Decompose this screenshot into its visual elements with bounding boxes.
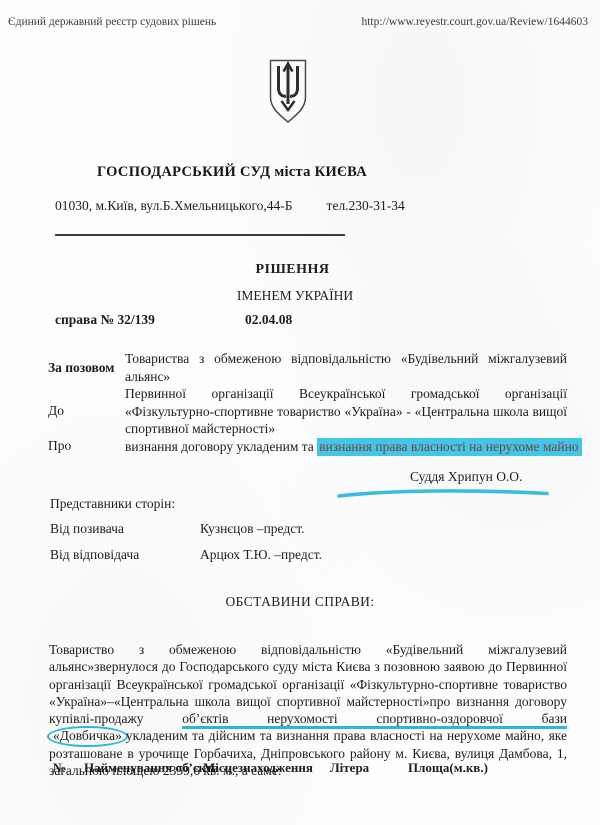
defendant-representative-value: Арцюх Т.Ю. –предст. [200,547,322,563]
ukraine-trident-emblem-icon [263,58,313,131]
registry-title: Єдиний державний реєстр судових рішень [8,16,216,28]
column-header-location: Місцезнаходження [203,760,313,776]
subject-plain-text: визнання договору укладеним та [125,439,317,454]
representative-row: Від позивача Кузнєцов –предст. [50,521,304,537]
plaintiff-label: За позовом [48,360,125,376]
court-address: 01030, м.Київ, вул.Б.Хмельницького,44-Б [55,198,293,213]
defendant-name: Первинної організації Всеукраїнської гро… [125,385,567,438]
representative-row: Від відповідача Арцюх Т.Ю. –предст. [50,547,322,563]
column-header-letter: Літера [330,760,369,776]
print-header: Єдиний державний реєстр судових рішень h… [8,16,588,28]
case-number: справа № 32/139 [55,312,155,328]
plaintiff-representative-label: Від позивача [50,521,200,537]
pen-underlined-text: об’єктів нерухомості спортивно-оздоровчо… [182,711,567,729]
defendant-representative-label: Від відповідача [50,547,200,563]
decision-date: 02.04.08 [245,312,292,328]
case-subject: визнання договору укладеним та визнання … [125,438,582,456]
court-name: ГОСПОДАРСЬКИЙ СУД міста КИЄВА [97,164,367,181]
parties-block: За позовом Товариства з обмеженою відпов… [48,350,567,455]
court-phone: тел.230-31-34 [327,198,405,213]
column-header-number: № [53,760,66,776]
defendant-label: До [48,403,125,419]
court-address-line: 01030, м.Київ, вул.Б.Хмельницького,44-Бт… [55,198,405,214]
plaintiff-name: Товариства з обмеженою відповідальністю … [125,350,567,385]
decision-subtitle: ІМЕНЕМ УКРАЇНИ [0,288,590,304]
decision-title: РІШЕННЯ [0,262,585,278]
column-header-area: Площа(м.кв.) [408,760,488,776]
subject-row: Про визнання договору укладеним та визна… [48,438,567,456]
defendant-row: До Первинної організації Всеукраїнської … [48,385,567,438]
column-header-object-name: Найменування об’єкта [84,760,219,776]
facts-paragraph: Товариство з обмеженою відповідальністю … [49,641,567,779]
judge-name: Суддя Хрипун О.О. [410,469,522,485]
subject-label: Про [48,438,125,454]
horizontal-rule [55,234,345,236]
representatives-heading: Представники сторін: [50,496,175,512]
scanned-court-decision-page: Єдиний державний реєстр судових рішень h… [0,0,600,825]
facts-heading: ОБСТАВИНИ СПРАВИ: [0,594,600,610]
pen-circled-text: «Довбичка» [47,726,128,747]
document-url[interactable]: http://www.reyestr.court.gov.ua/Review/1… [361,16,588,28]
plaintiff-row: За позовом Товариства з обмеженою відпов… [48,350,567,385]
plaintiff-representative-value: Кузнєцов –предст. [200,521,304,537]
pen-underline-judge [336,487,551,506]
highlighted-subject-text: визнання права власності на нерухоме май… [317,438,581,456]
